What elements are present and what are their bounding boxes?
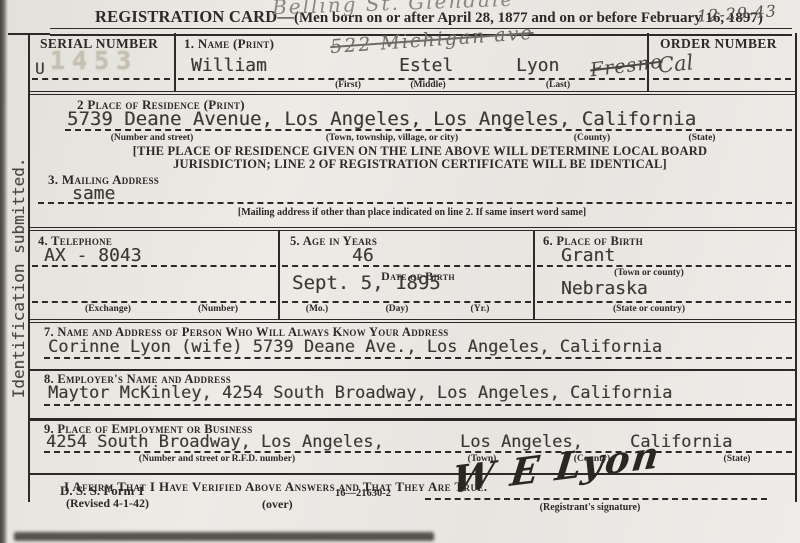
residence-value: 5739 Deane Avenue, Los Angeles, Los Ange… [67,110,696,129]
side-note-text: Identification submitted. [11,96,27,460]
birthplace-town: Grant [561,247,615,265]
age-value: 46 [352,247,374,265]
footer-print-code: 16—21630-2 [335,488,391,499]
birthplace-state: Nebraska [561,280,648,298]
date-annotation: 12-29-43 [697,3,778,25]
telephone-fill-line-1 [32,265,276,267]
birthdate-fill-line [282,301,531,303]
signature-sublabel: (Registrant's signature) [540,503,641,513]
birthplace-state-sublabel: (State or country) [613,305,685,315]
order-scribble-annotation: Cal [657,52,694,77]
contact-row: 7. Name and Address of Person Who Will A… [30,323,795,371]
residence-sublabel-state: (State) [689,134,716,144]
name-sublabel-last: (Last) [546,81,570,91]
residence-sublabel-county: (County) [574,134,610,144]
serial-prefix: U [35,61,45,77]
employer-value: Maytor McKinley, 4254 South Broadway, Lo… [48,385,672,402]
jurisdiction-notice-line2: JURISDICTION; LINE 2 OF REGISTRATION CER… [173,158,667,171]
birthdate-sublabel-day: (Day) [386,305,409,315]
residence-sublabel-street: (Number and street) [111,134,194,144]
employment-row: 9. Place of Employment or Business 4254 … [30,421,795,475]
employer-fill-line [44,404,792,406]
mailing-row: 3. Mailing Address same [Mailing address… [30,171,795,231]
registration-card-table: SERIAL NUMBER U 1453 1. Name (Print) Wil… [28,33,797,502]
name-middle: Estel [399,57,453,75]
telephone-cell: 4. Telephone AX - 8043 (Exchange) (Numbe… [30,231,280,319]
employer-row: 8. Employer's Name and Address Maytor Mc… [30,371,795,421]
mailing-fill-line [38,202,792,204]
birthdate-sublabel-yr: (Yr.) [471,305,490,315]
birthplace-state-fill-line [537,301,791,303]
mailing-note: [Mailing address if other than place ind… [238,208,586,218]
telephone-sublabel-number: (Number) [198,305,238,315]
name-sublabel-first: (First) [335,81,361,91]
serial-fill-line [32,78,170,80]
employment-sublabel-street: (Number and street or R.F.D. number) [139,455,295,465]
birthplace-town-fill-line [537,265,791,267]
age-birthdate-cell: 5. Age in Years 46 Date of Birth Sept. 5… [280,231,535,319]
contact-value: Corinne Lyon (wife) 5739 Deane Ave., Los… [48,339,662,356]
residence-sublabel-town: (Town, township, village, or city) [326,134,458,144]
name-last: Lyon [516,57,559,75]
age-fill-line [282,265,531,267]
footer-over: (over) [262,497,293,512]
name-label: 1. Name (Print) [184,37,274,50]
contact-fill-line [44,357,792,359]
telephone-fill-line-2 [32,301,276,303]
row-serial-name-order: SERIAL NUMBER U 1453 1. Name (Print) Wil… [30,33,795,95]
registration-card-scan: Identification submitted. REGISTRATION C… [0,0,800,543]
serial-stamp: 1453 [50,46,138,75]
telephone-value: AX - 8043 [44,247,142,265]
residence-fill-line [65,129,792,131]
name-sublabel-middle: (Middle) [410,81,445,91]
paper-edge-bottom [14,532,434,541]
order-fill-line [653,78,791,80]
employment-sublabel-state: (State) [724,455,751,465]
birthdate-sublabel-mo: (Mo.) [306,305,328,315]
mailing-value: same [72,185,115,203]
order-label: ORDER NUMBER [660,37,777,51]
residence-row: 2 Place of Residence (Print) 5739 Deane … [30,95,795,171]
telephone-sublabel-exchange: (Exchange) [85,305,131,315]
paper-edge-left [0,0,8,543]
birthdate-value: Sept. 5, 1895 [292,274,441,293]
employment-fill-line [44,451,792,453]
header-title: REGISTRATION CARD— [95,7,294,26]
footer-form-revised: (Revised 4-1-42) [66,496,149,511]
name-first: William [191,57,267,75]
row-tel-age-birth: 4. Telephone AX - 8043 (Exchange) (Numbe… [30,231,795,323]
employment-street: 4254 South Broadway, Los Angeles, [46,434,384,451]
serial-cell: SERIAL NUMBER U 1453 [30,33,176,91]
birthplace-cell: 6. Place of Birth Grant (Town or county)… [535,231,795,319]
